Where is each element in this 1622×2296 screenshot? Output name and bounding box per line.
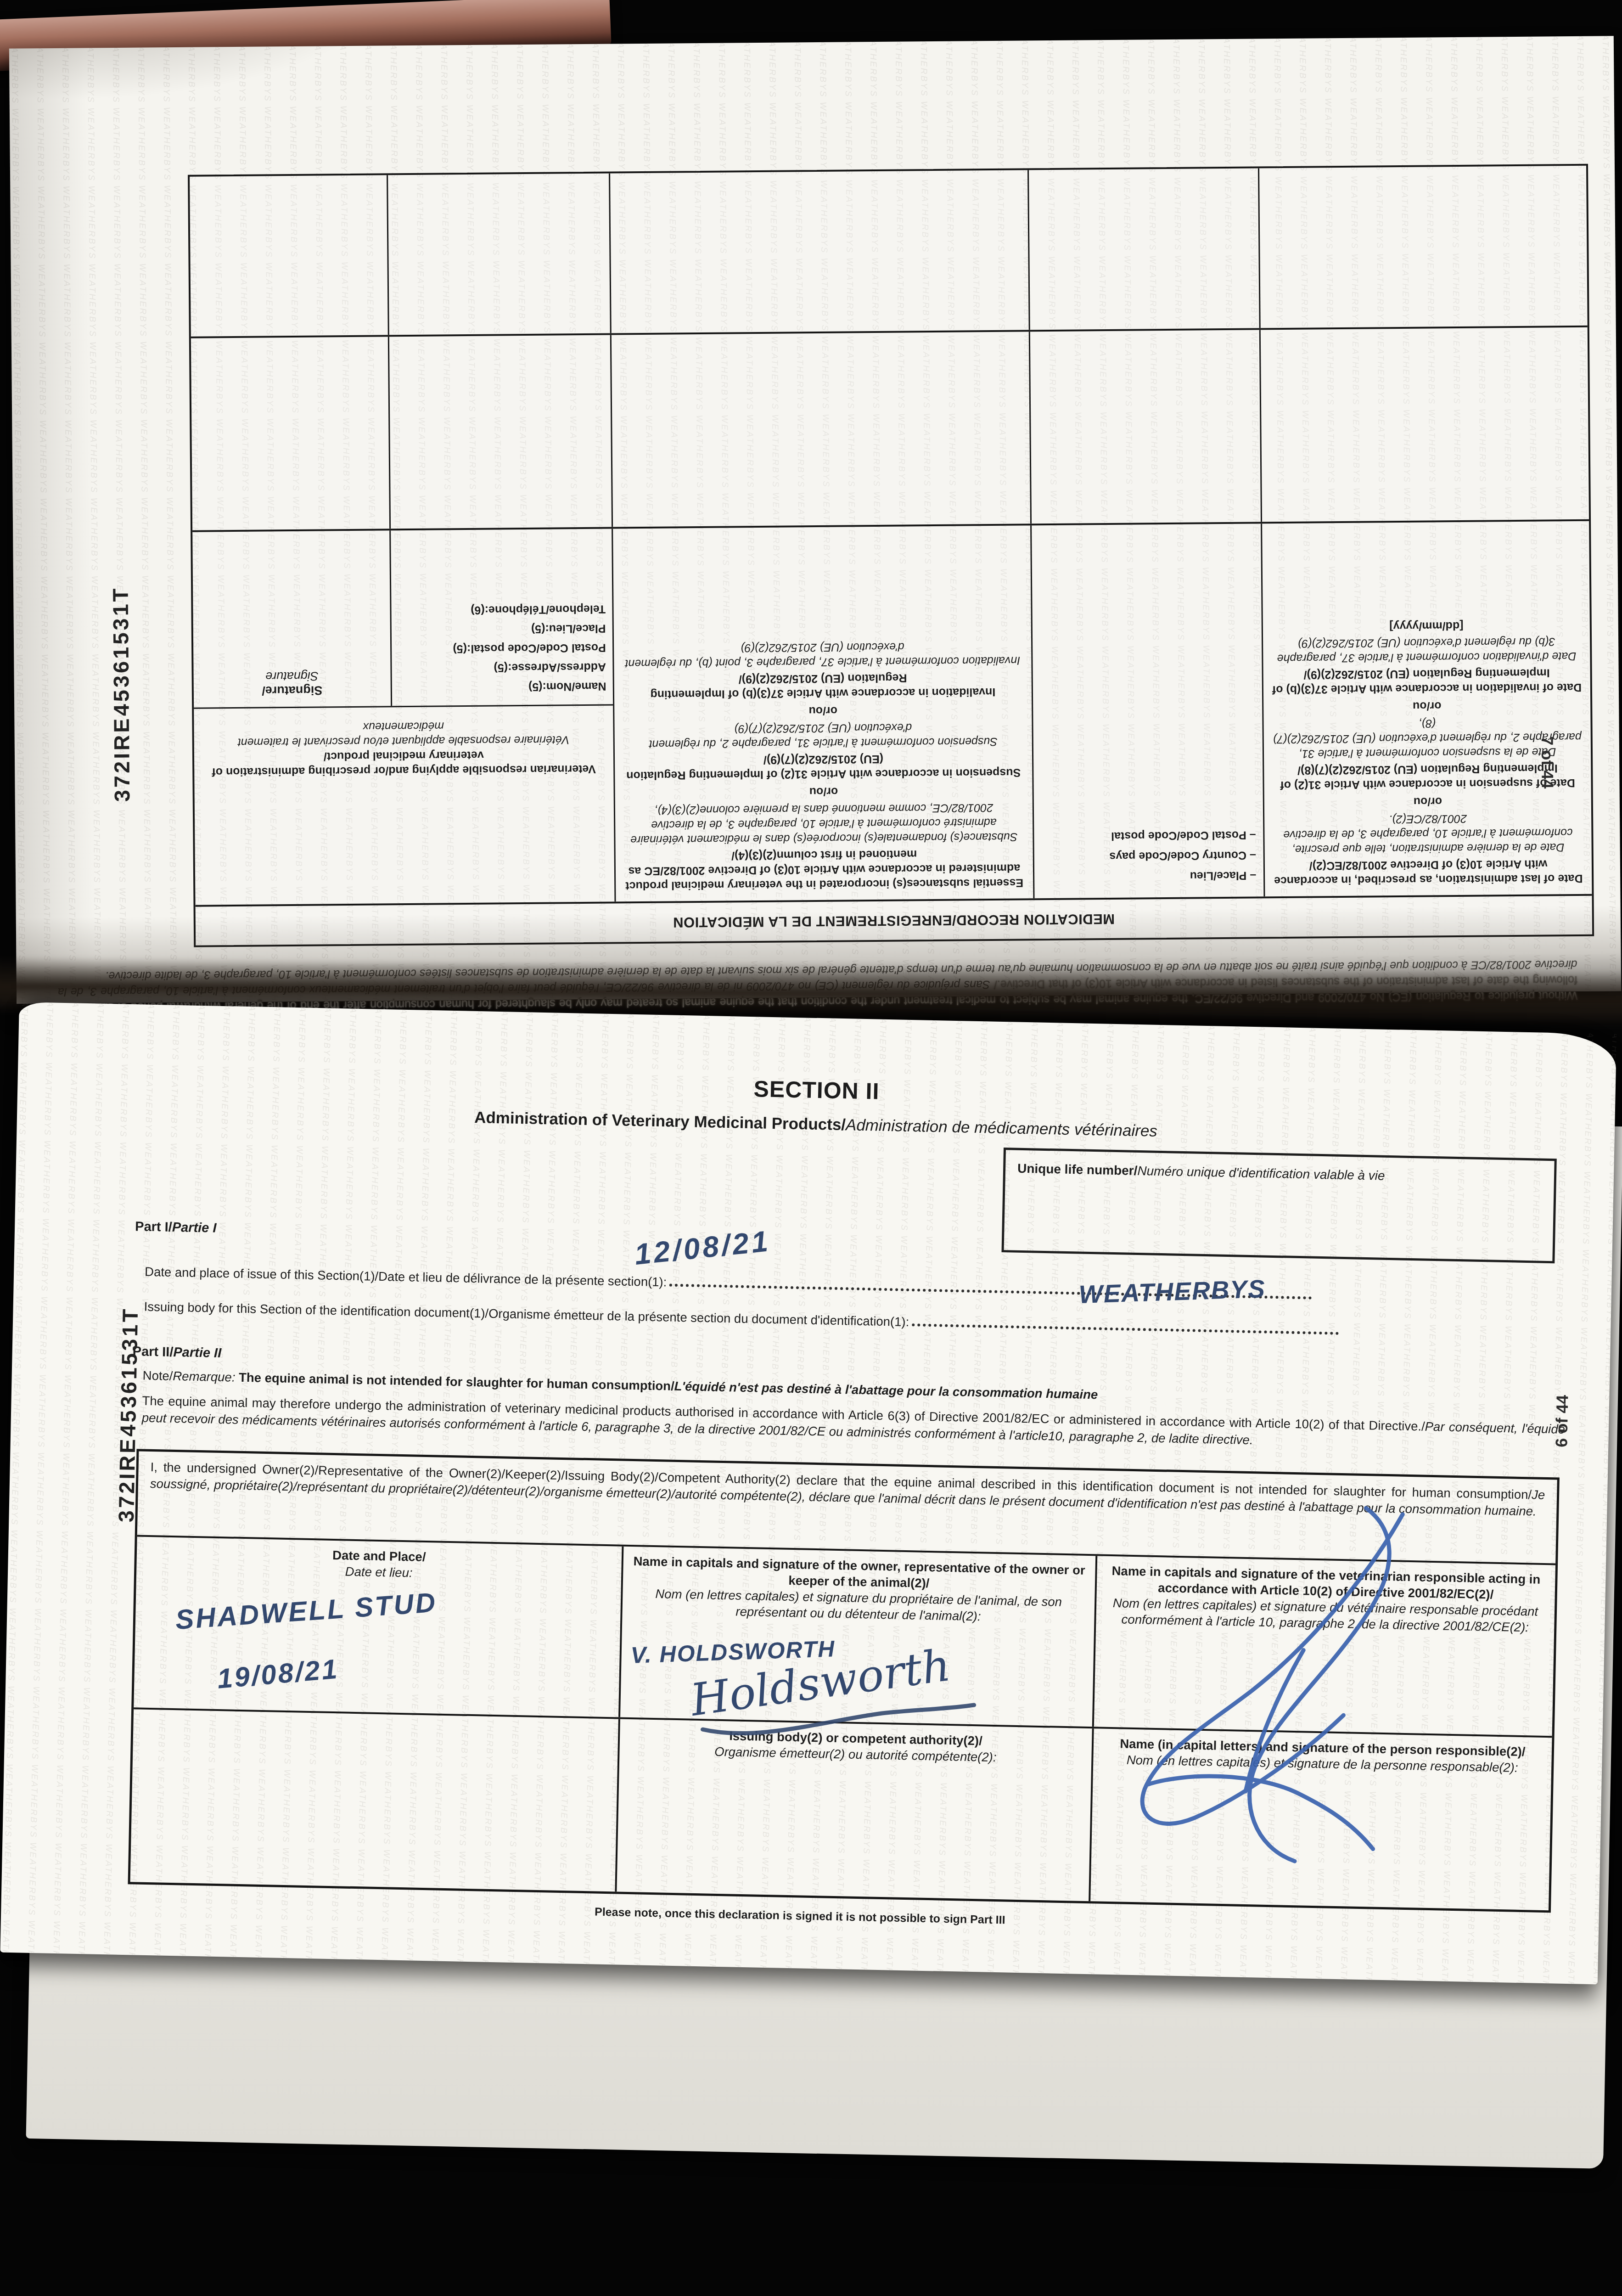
col-header-essential-substances: Essential substances(s) incorporated in … xyxy=(612,525,1033,901)
scanned-page-medication-record: WEATHERBYS WEATHERBYS WEATHERBYS WEATHER… xyxy=(9,36,1621,1003)
part-ii-label: Part II/Partie II xyxy=(132,1344,221,1361)
person-responsible-cell: Name (in capital letters) and signature … xyxy=(1090,1728,1552,1910)
scanned-page-section-ii: WEATHERBYS WEATHERBYS WEATHERBYS WEATHER… xyxy=(0,1002,1616,1984)
handwritten-issue-date: 12/08/21 xyxy=(633,1224,772,1272)
part-i-label: Part I/Partie I xyxy=(135,1219,217,1236)
medication-record-table: MEDICATION RECORD/ENREGISTREMENT DE LA M… xyxy=(188,164,1594,947)
handwritten-place: SHADWELL STUD xyxy=(174,1587,438,1636)
rotated-page-content: Without prejudice to Regulation (EC) No … xyxy=(9,36,1621,1003)
medication-table-empty-row xyxy=(190,166,1588,337)
unique-life-number-box: Unique life number/Numéro unique d'ident… xyxy=(1001,1148,1556,1263)
veterinarian-header-text: Veterinarian responsible applying and/or… xyxy=(194,704,614,905)
veterinarian-signature-cell: Signature/ Signature xyxy=(192,530,391,707)
issuing-body-cell: Issuing body(2) or competent authority(2… xyxy=(617,1719,1094,1902)
document-code-vertical: 372IRE45361531T xyxy=(107,568,135,820)
veterinarian-signature-cell: Name in capitals and signature of the ve… xyxy=(1094,1556,1555,1736)
scanned-document-photo: WEATHERBYS WEATHERBYS WEATHERBYS WEATHER… xyxy=(0,0,1622,2296)
col-header-place-country-postal: – Place/Lieu – Country Code/Code pays – … xyxy=(1030,523,1263,898)
veterinarian-name-address-cell: Name/Nom:(5) Address/Adresse:(5) Postal … xyxy=(389,529,613,706)
document-code-vertical: 372IRE45361531T xyxy=(113,1286,143,1543)
page-number: 6 of 44 xyxy=(1551,1361,1573,1481)
medication-table-empty-row xyxy=(191,326,1589,530)
medication-table-header-row: Date of last administration, as prescrib… xyxy=(192,519,1592,905)
declaration-signature-row: Date and Place/ Date et lieu: SHADWELL S… xyxy=(134,1536,1555,1738)
handwritten-issuing-body: WEATHERBYS xyxy=(1078,1274,1266,1309)
declaration-table: I, the undersigned Owner(2)/Representati… xyxy=(128,1449,1559,1913)
owner-signature-cell: Name in capitals and signature of the ow… xyxy=(620,1547,1097,1727)
handwritten-date: 19/08/21 xyxy=(216,1653,340,1695)
empty-cell xyxy=(130,1709,620,1891)
date-and-place-cell: Date and Place/ Date et lieu: SHADWELL S… xyxy=(134,1536,623,1717)
page-number: 7 of 44 xyxy=(1537,703,1557,822)
col-header-veterinarian: Veterinarian responsible applying and/or… xyxy=(192,529,614,905)
veterinarian-subcells: Name/Nom:(5) Address/Adresse:(5) Postal … xyxy=(192,529,613,707)
dotted-leader xyxy=(912,1321,1339,1335)
